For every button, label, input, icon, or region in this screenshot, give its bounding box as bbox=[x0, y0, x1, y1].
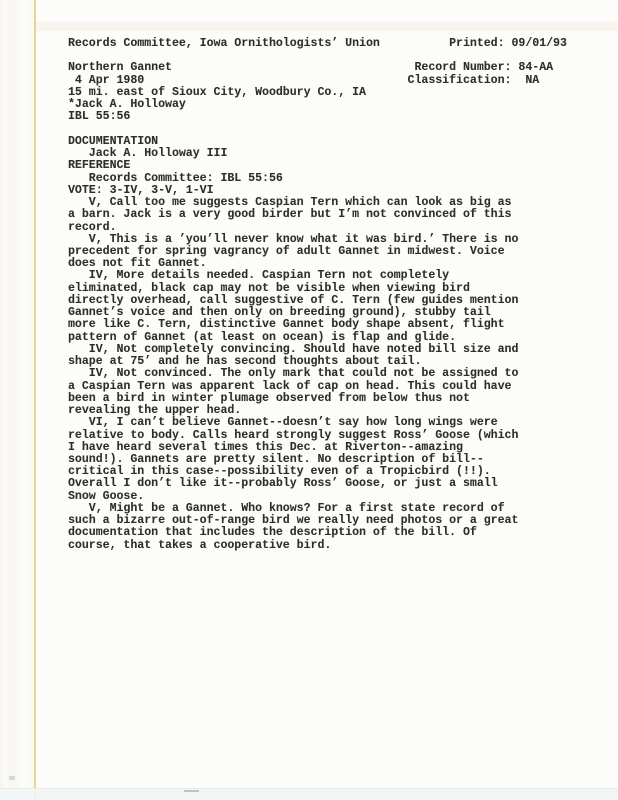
document-line: more like C. Tern, distinctive Gannet bo… bbox=[68, 319, 567, 331]
document-line: *Jack A. Holloway bbox=[68, 99, 567, 111]
document-line: Jack A. Holloway III bbox=[68, 148, 567, 160]
document-line: course, that takes a cooperative bird. bbox=[68, 540, 567, 552]
document-line: IV, Not convinced. The only mark that co… bbox=[68, 368, 567, 380]
document-line: IBL 55:56 bbox=[68, 111, 567, 123]
document-line: relative to body. Calls heard strongly s… bbox=[68, 430, 567, 442]
document-line: a barn. Jack is a very good birder but I… bbox=[68, 209, 567, 221]
scanned-document-page: Records Committee, Iowa Ornithologists’ … bbox=[0, 0, 618, 800]
document-line: REFERENCE bbox=[68, 160, 567, 172]
document-line: Records Committee: IBL 55:56 bbox=[68, 173, 567, 185]
document-line: record. bbox=[68, 222, 567, 234]
document-line: VI, I can’t believe Gannet--doesn’t say … bbox=[68, 417, 567, 429]
scan-artifact-top-band bbox=[36, 22, 618, 31]
scanner-margin bbox=[0, 0, 34, 800]
typewritten-text: Records Committee, Iowa Ornithologists’ … bbox=[68, 38, 567, 552]
document-line: Records Committee, Iowa Ornithologists’ … bbox=[68, 38, 567, 50]
scan-speck bbox=[184, 790, 199, 792]
document-line: IV, More details needed. Caspian Tern no… bbox=[68, 270, 567, 282]
page-left-edge-line bbox=[34, 0, 36, 800]
document-line: Overall I don’t like it--probably Ross’ … bbox=[68, 478, 567, 490]
scan-speck bbox=[9, 776, 15, 780]
scan-artifact-bottom-band bbox=[0, 788, 618, 800]
document-line: documentation that includes the descript… bbox=[68, 527, 567, 539]
document-line: Northern Gannet Record Number: 84-AA bbox=[68, 62, 567, 74]
document-line: a Caspian Tern was apparent lack of cap … bbox=[68, 381, 567, 393]
